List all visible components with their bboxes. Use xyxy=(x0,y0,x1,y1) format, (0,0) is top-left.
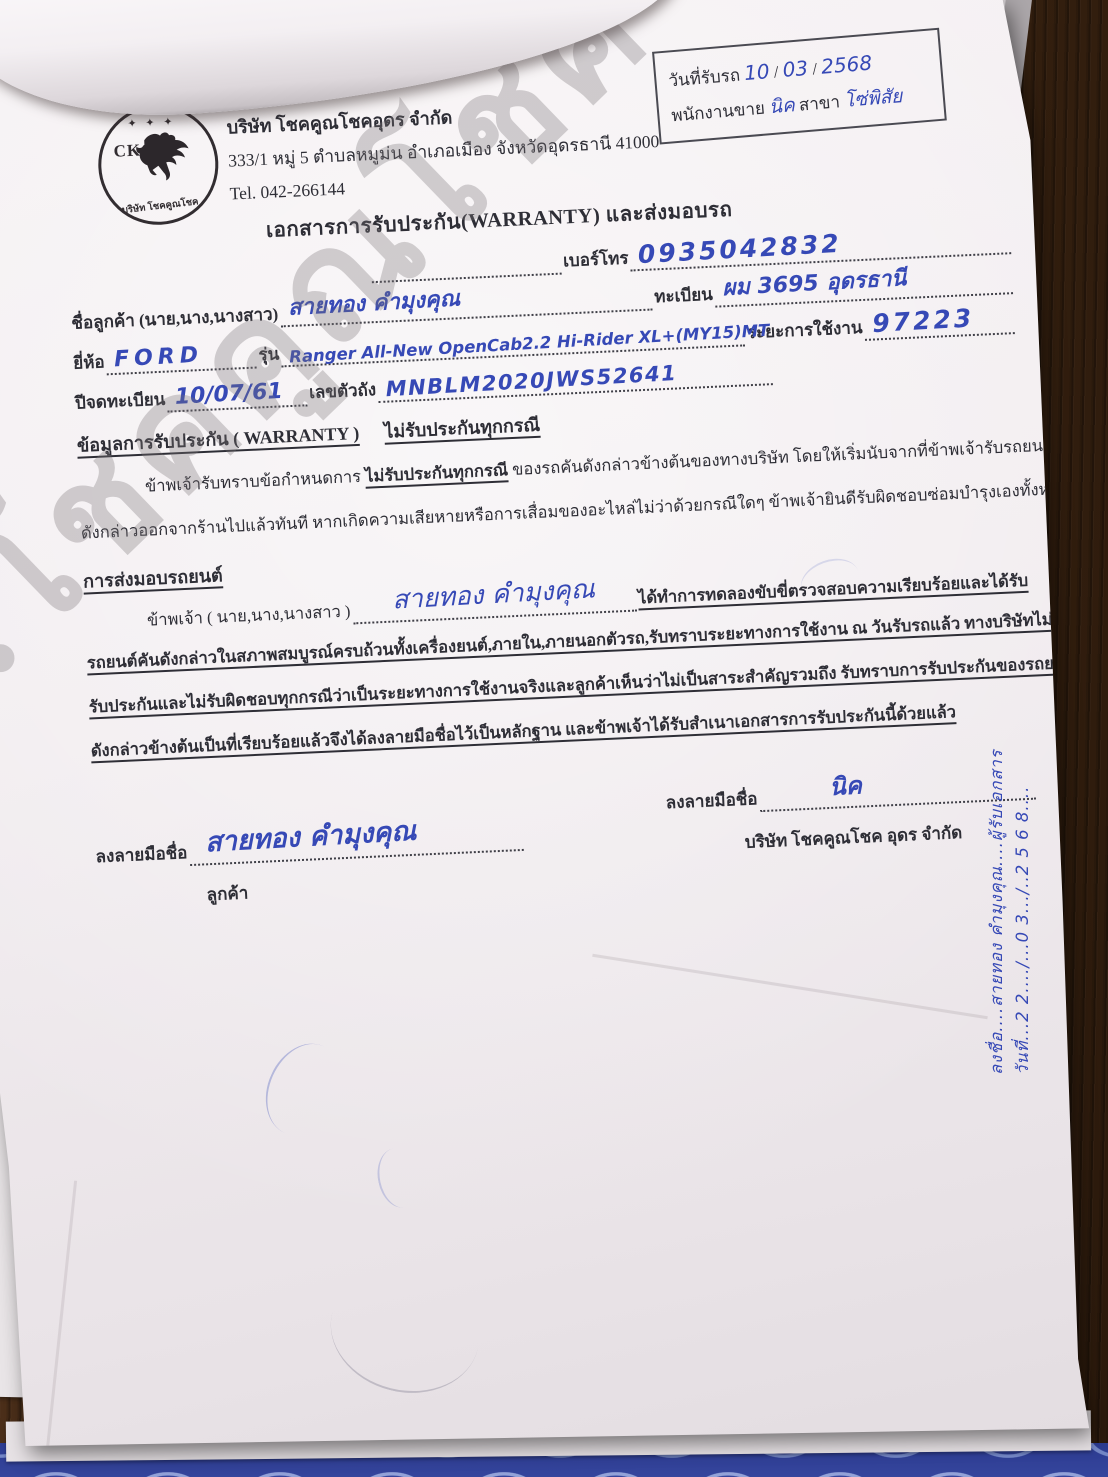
delivery-name-field: สายทอง คำมุงคุณ xyxy=(352,580,637,625)
warranty-heading-suffix: ไม่รับประกันทุกกรณี xyxy=(384,415,541,442)
side-note-line2: วันที่...2 2..../...0 3.../..2 5 6 8.... xyxy=(1010,645,1036,1075)
delivery-name-handwritten: สายทอง คำมุงคุณ xyxy=(391,568,596,620)
side-note-vertical: ลงชื่อ....สายทอง คำมุงคุณ....ผู้รับเอกสา… xyxy=(984,645,1036,1075)
vin-handwritten: MNBLM2020JWS52641 xyxy=(385,361,678,401)
phone-handwritten: 0935042832 xyxy=(638,229,843,269)
company-header: บริษัท โชคคูณโชคอุดร จำกัด 333/1 หมู่ 5 … xyxy=(226,92,662,210)
customer-signature-handwritten: สายทอง คำมุงคุณ xyxy=(204,809,417,864)
date-separator: / xyxy=(773,62,779,81)
date-day-handwritten: 10 xyxy=(743,59,770,85)
customer-label: ชื่อลูกค้า (นาย,นาง,นางสาว) xyxy=(71,301,279,337)
mileage-handwritten: 97223 xyxy=(871,303,974,338)
receipt-date-box: วันที่รับรถ 10 / 03 / 2568 พนักงานขาย นิ… xyxy=(652,28,947,145)
vin-label: เลขตัวถัง xyxy=(309,376,377,406)
customer-handwritten: สายทอง คำมุงคุณ xyxy=(287,280,461,325)
brand-field: FORD xyxy=(106,337,257,376)
vin-field: MNBLM2020JWS52641 xyxy=(377,353,773,403)
delivery-suffix: ได้ทำการทดลองขับขี่ตรวจสอบความเรียบร้อยแ… xyxy=(637,568,1028,612)
salesperson-label: พนักงานขาย xyxy=(671,99,766,126)
customer-signature-block: ลงลายมือชื่อ สายทอง คำมุงคุณ ลูกค้า xyxy=(95,819,528,913)
phone-label: เบอร์โทร xyxy=(562,245,629,275)
plate-field: ผม 3695 อุดรธานี xyxy=(714,262,1013,307)
salesperson-handwritten: นิค xyxy=(768,94,795,118)
paper-crease xyxy=(46,1181,77,1450)
document-content: ✦ ✦ ✦ CKC บริษัท โชคคูณโชค บริษัท โชคคูณ… xyxy=(40,0,1082,1427)
reg-year-label: ปีจดทะเบียน xyxy=(74,386,165,417)
document-page: ✦ ✦ ✦ CKC บริษัท โชคคูณโชค บริษัท โชคคูณ… xyxy=(0,0,1108,1477)
customer-role-label: ลูกค้า xyxy=(97,875,358,914)
delivery-section-heading: การส่งมอบรถยนต์ xyxy=(82,560,223,595)
dotted-line xyxy=(370,243,561,284)
warranty-text-emph: ไม่รับประกันทุกกรณี xyxy=(365,460,509,485)
reg-year-handwritten: 10/07/61 xyxy=(175,379,284,410)
warranty-heading-main: ข้อมูลการรับประกัน ( WARRANTY ) xyxy=(77,423,360,456)
delivery-heading-text: การส่งมอบรถยนต์ xyxy=(83,565,223,591)
logo-stars: ✦ ✦ ✦ xyxy=(127,115,176,130)
brand-handwritten: FORD xyxy=(114,342,204,372)
branch-label: สาขา xyxy=(798,92,841,114)
delivery-prefix: ข้าพเจ้า ( นาย,นาง,นางสาว ) xyxy=(146,599,351,634)
warranty-text: ข้าพเจ้ารับทราบข้อกำหนดการ xyxy=(145,467,366,496)
ckc-logo: ✦ ✦ ✦ CKC บริษัท โชคคูณโชค xyxy=(96,102,221,227)
brand-label: ยี่ห้อ xyxy=(73,348,106,376)
date-received-label: วันที่รับรถ xyxy=(668,66,741,91)
side-note-line1: ลงชื่อ....สายทอง คำมุงคุณ....ผู้รับเอกสา… xyxy=(984,645,1010,1075)
photo-of-warranty-document: ✦ ✦ ✦ CKC บริษัท โชคคูณโชค บริษัท โชคคูณ… xyxy=(0,0,1108,1477)
warranty-text: ของรถคันดังกล่าวข้างต้นของทางบริษัท โดยใ… xyxy=(512,434,1077,479)
branch-handwritten: โซ่พิสัย xyxy=(843,85,903,112)
document-page-wrap: ✦ ✦ ✦ CKC บริษัท โชคคูณโชค บริษัท โชคคูณ… xyxy=(0,0,1108,1477)
date-separator: / xyxy=(812,59,818,78)
sign-label: ลงลายมือชื่อ xyxy=(665,785,758,816)
pegasus-icon xyxy=(130,128,195,189)
model-label: รุ่น xyxy=(258,340,280,368)
customer-signature-field: สายทอง คำมุงคุณ xyxy=(189,819,524,866)
sign-label: ลงลายมือชื่อ xyxy=(95,839,188,870)
mileage-field: 97223 xyxy=(864,302,1015,341)
date-month-handwritten: 03 xyxy=(782,56,809,82)
date-year-handwritten: 2568 xyxy=(820,51,873,79)
company-signature-handwritten: นิค xyxy=(828,765,863,806)
plate-handwritten: ผม 3695 อุดรธานี xyxy=(722,260,908,305)
warranty-section-heading: ข้อมูลการรับประกัน ( WARRANTY ) ไม่รับปร… xyxy=(76,410,540,460)
plate-label: ทะเบียน xyxy=(654,281,714,311)
reg-year-field: 10/07/61 xyxy=(166,374,307,412)
